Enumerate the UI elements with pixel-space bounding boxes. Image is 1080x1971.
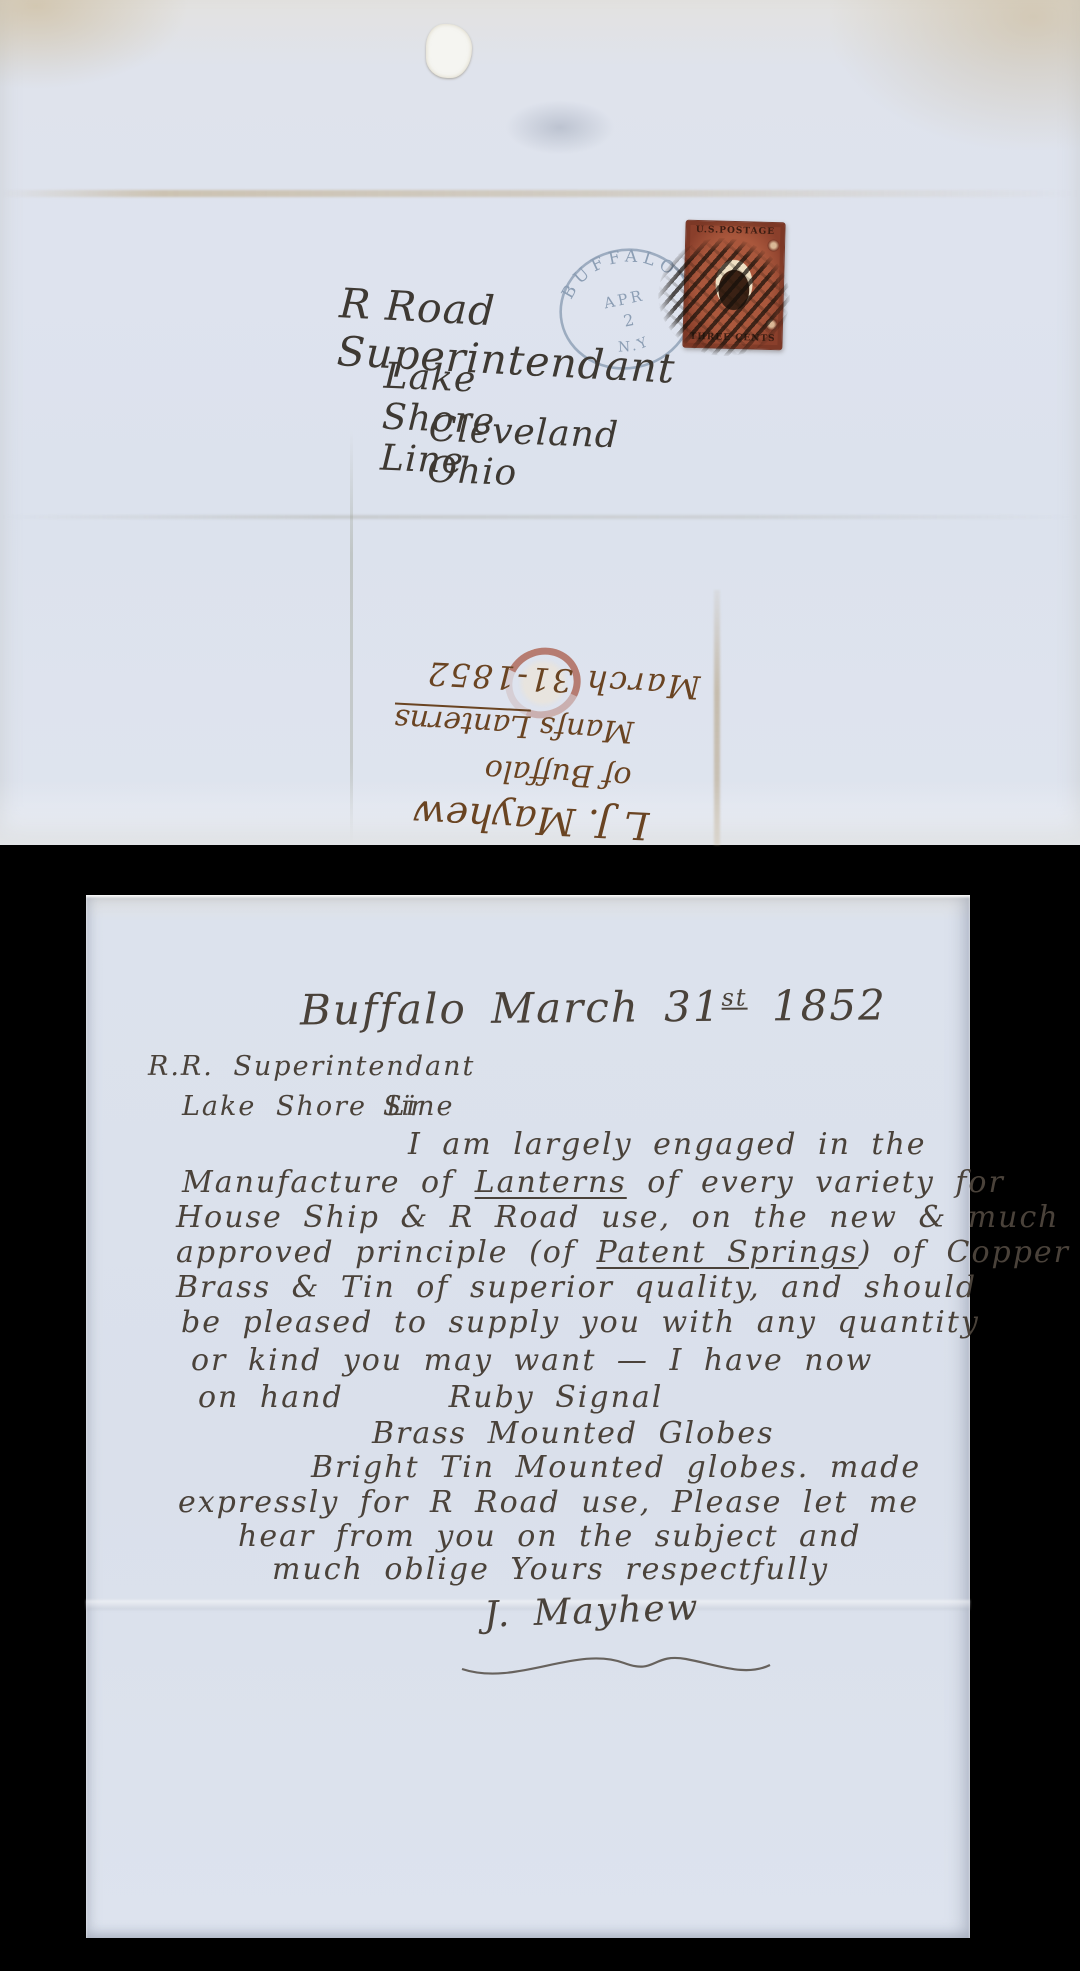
- dateline-superscript: st: [721, 984, 747, 1012]
- dateline-text: Buffalo March 31: [300, 982, 722, 1035]
- inventory-item-1: Ruby Signal: [449, 1380, 664, 1415]
- ink-smudge: [505, 100, 615, 155]
- body-line-2: Manufacture of Lanterns of every variety…: [182, 1165, 1005, 1200]
- body-line-5: Brass & Tin of superior quality, and sho…: [176, 1270, 977, 1305]
- body-line-3: House Ship & R Road use, on the new & mu…: [176, 1200, 1060, 1235]
- body-line-2-underlined: Lanterns: [475, 1165, 627, 1200]
- on-hand-label: on hand: [198, 1380, 344, 1415]
- inventory-item-2: Brass Mounted Globes: [372, 1416, 775, 1451]
- signature-flourish: [456, 1643, 776, 1687]
- body-line-6: be pleased to supply you with any quanti…: [181, 1305, 980, 1340]
- body-line-2-pre: Manufacture of: [182, 1165, 475, 1200]
- stamp-top-label: U.S.POSTAGE: [686, 225, 784, 238]
- body-line-4-post: ) of Copper: [859, 1235, 1070, 1270]
- paper-stain: [0, 0, 190, 90]
- letter-dateline: Buffalo March 31st 1852: [300, 981, 870, 1035]
- body-line-4-pre: approved principle (of: [176, 1235, 597, 1270]
- envelope-front: BUFFALO APR 2 N.Y U.S.POSTAGE THREE CENT…: [0, 0, 1080, 845]
- address-line-3: Cleveland Ohio: [427, 409, 620, 498]
- body-line-8: on handRuby Signal: [198, 1380, 663, 1415]
- paper-chip: [426, 24, 472, 78]
- scanned-cover-and-letter: BUFFALO APR 2 N.Y U.S.POSTAGE THREE CENT…: [0, 0, 1080, 1971]
- body-line-12: hear from you on the subject and: [238, 1519, 862, 1554]
- body-line-13: much oblige Yours respectfully: [272, 1552, 829, 1587]
- dateline-year: 1852: [747, 980, 887, 1030]
- docket-subject-underlined: Lanterns: [393, 702, 531, 744]
- letter-sheet: Buffalo March 31st 1852 R.R. Superintend…: [86, 895, 970, 1938]
- body-line-2-post: of every variety for: [627, 1165, 1005, 1200]
- recipient-line-1: R.R. Superintendant: [148, 1051, 475, 1082]
- inventory-item-3: Bright Tin Mounted globes. made: [311, 1450, 921, 1485]
- fold-crease: [0, 515, 1080, 519]
- salutation: Sir: [383, 1091, 423, 1122]
- signature: J. Mayhew: [483, 1587, 700, 1635]
- body-line-4-underlined: Patent Springs: [597, 1235, 859, 1270]
- paper-stain: [830, 0, 1080, 150]
- body-line-1: I am largely engaged in the: [408, 1127, 927, 1162]
- fold-crease: [0, 190, 1080, 197]
- docket-block-rotated: L J. Mayhew of Buffalo Manfs Lanterns Ma…: [288, 634, 710, 853]
- body-line-11: expressly for R Road use, Please let me: [178, 1485, 919, 1520]
- docket-subject-pre: Manfs: [529, 709, 635, 749]
- body-line-7: or kind you may want — I have now: [191, 1343, 873, 1378]
- body-line-4: approved principle (of Patent Springs) o…: [176, 1235, 1070, 1270]
